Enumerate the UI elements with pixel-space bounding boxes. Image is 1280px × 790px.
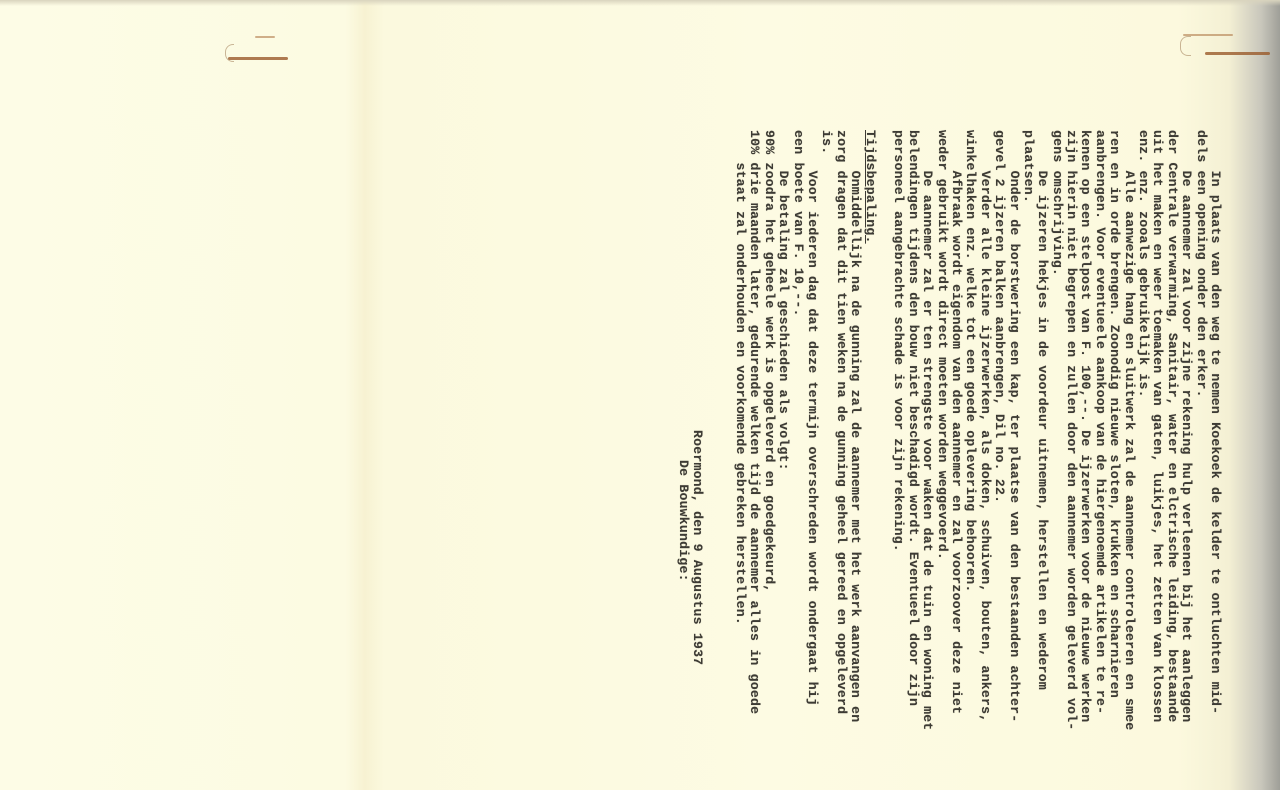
paragraph-line: ren en in orde brengen. Zoonodig nieuwe … — [1107, 130, 1121, 770]
blank-line — [877, 130, 891, 770]
paragraph-line: De aannemer zal voor zijne rekening hulp… — [1179, 130, 1193, 770]
paragraph-line: gevel 2 ijzeren balken aanbrengen, Dil n… — [992, 130, 1006, 770]
paragraph-line: personeel aangebrachte schade is voor zi… — [891, 130, 905, 770]
paragraph-line: winkelhaken enz. welke tot een goede opl… — [963, 130, 977, 770]
paragraph-line: De betaling zal geschieden als volgt: — [776, 130, 790, 770]
rust-mark — [1205, 52, 1270, 55]
rust-mark — [255, 36, 275, 38]
paragraph-line: De aannemer zal er ten strengste voor wa… — [920, 130, 934, 770]
paragraph-line: Onder de borstwering een kap, ter plaats… — [1006, 130, 1020, 770]
paragraph-line: aanbrengen. Voor eventueele aankoop van … — [1092, 130, 1106, 770]
paragraph-line: der Centrale verwarming, Sanitair, water… — [1164, 130, 1178, 770]
rotated-document: In plaats van den weg te nemen Koekoek d… — [675, 130, 1222, 770]
paragraph-line: plaatsen. — [1021, 130, 1035, 770]
blank-line — [718, 130, 732, 770]
paragraph-line: enz. enz. zooals gebruikelijk is. — [1136, 130, 1150, 770]
paragraph-line: Alle aanwezige hang en sluitwerk zal de … — [1121, 130, 1135, 770]
paragraph-line: In plaats van den weg te nemen Koekoek d… — [1208, 130, 1222, 770]
typewritten-text: In plaats van den weg te nemen Koekoek d… — [675, 130, 1222, 770]
paragraph-line: een boete van F. 10,--. — [790, 130, 804, 770]
paragraph-line: 10% drie maanden later, gedurende welken… — [747, 130, 761, 770]
paragraph-line: Verder alle kleine ijzerwerken, als doke… — [977, 130, 991, 770]
paragraph-line: De ijzeren hekjes in de voordeur uitneme… — [1035, 130, 1049, 770]
blank-line — [704, 130, 718, 770]
paragraph-line: dels een opening onder den erker. — [1193, 130, 1207, 770]
place-date: Roermond, den 9 Augustus 1937 — [690, 130, 704, 770]
paragraph-line: staat zal onderhouden en voorkomende geb… — [733, 130, 747, 770]
paragraph-line: 90% zoodra het geheele werk is opgelever… — [762, 130, 776, 770]
paragraph-line: Afbraak wordt eigendom van den aannemer … — [949, 130, 963, 770]
paragraph-line: kenen op een stelpost van F. 100,--. De … — [1078, 130, 1092, 770]
paragraph-line: zorg dragen dat dit tien weken na de gun… — [833, 130, 847, 770]
paragraph-line: weder gebruikt wordt direct moeten worde… — [934, 130, 948, 770]
paragraph-line: is. — [819, 130, 833, 770]
paragraph-line: uit het maken en weer toemaken van gaten… — [1150, 130, 1164, 770]
paragraph-line: gens omschrijving. — [1049, 130, 1063, 770]
paragraph-line: belendingen tijdens den bouw niet bescha… — [905, 130, 919, 770]
staple-mark — [1180, 36, 1191, 56]
signature-label: De Bouwkundige: — [675, 130, 689, 770]
paragraph-line: Onmiddellijk na de gunning zal de aannem… — [848, 130, 862, 770]
paragraph-line: zijn hierin niet begrepen en zullen door… — [1064, 130, 1078, 770]
rust-mark — [228, 57, 288, 60]
paragraph-line: Voor iederen dag dat deze termijn oversc… — [805, 130, 819, 770]
staple-mark — [225, 44, 234, 62]
section-heading: Tijdsbepaling. — [862, 130, 876, 770]
